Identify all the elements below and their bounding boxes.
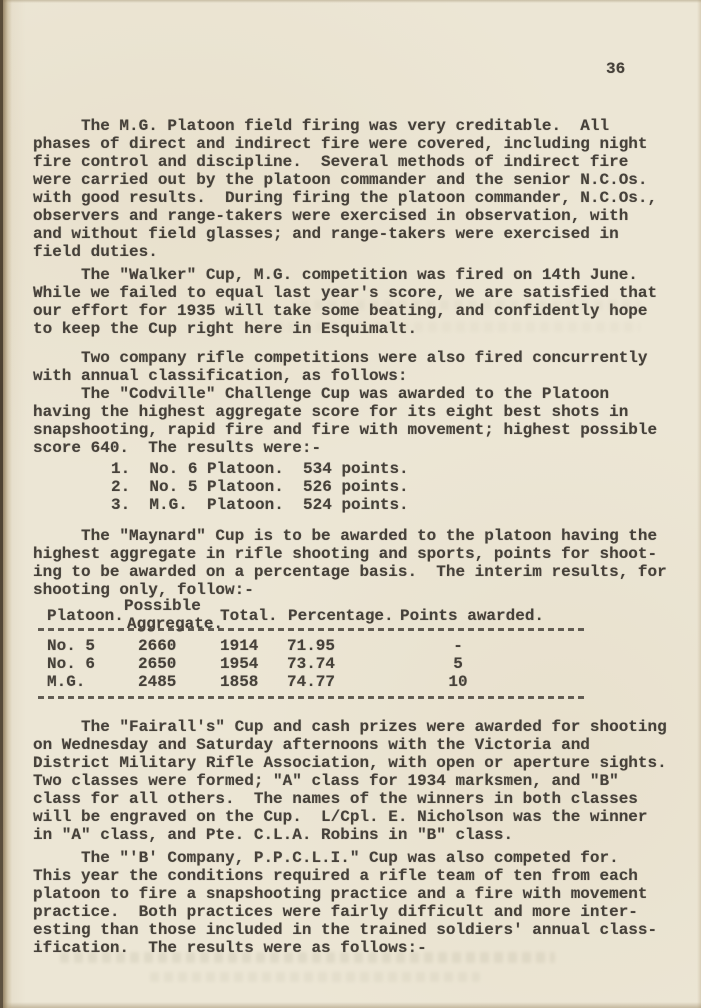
table-header-total: Total. [220, 607, 278, 625]
table-row-no6: No. 6 2650 1954 73.74 5 [0, 655, 660, 673]
cell-percentage: 74.77 [287, 673, 335, 691]
page-right-edge [697, 0, 701, 1008]
codville-result-item-3: 3. M.G. Platoon. 524 points. [111, 496, 409, 514]
paragraph-maynard-cup: The "Maynard" Cup is to be awarded to th… [33, 527, 667, 599]
table-header-points-awarded: Points awarded. [400, 607, 544, 625]
paragraph-company-competitions-codville: Two company rifle competitions were also… [33, 349, 657, 457]
ink-bleed-through-artifact [260, 322, 640, 332]
page-bottom-edge [0, 1002, 701, 1008]
page-binding-edge [0, 0, 3, 1008]
paragraph-b-company-ppcli-cup: The "'B' Company, P.P.C.L.I." Cup was al… [33, 849, 657, 957]
scanned-document-page: 36 The M.G. Platoon field firing was ver… [0, 0, 701, 1008]
table-header-possible: Possible [124, 597, 201, 615]
ink-bleed-through-artifact [60, 952, 555, 963]
codville-result-item-1: 1. No. 6 Platoon. 534 points. [111, 460, 409, 478]
table-divider-dashed-bottom [38, 696, 588, 699]
codville-result-item-2: 2. No. 5 Platoon. 526 points. [111, 478, 409, 496]
page-binding-shadow [3, 0, 12, 1008]
cell-points-awarded: - [428, 637, 488, 655]
ink-bleed-through-artifact [300, 300, 640, 310]
page-number: 36 [606, 60, 625, 78]
cell-possible-aggregate: 2650 [138, 655, 176, 673]
cell-platoon: No. 5 [47, 637, 95, 655]
table-row-no5: No. 5 2660 1914 71.95 - [0, 637, 660, 655]
table-row-mg: M.G. 2485 1858 74.77 10 [0, 673, 660, 691]
table-divider-dashed-top [38, 628, 588, 631]
ink-bleed-through-artifact [150, 972, 480, 982]
cell-percentage: 73.74 [287, 655, 335, 673]
cell-platoon: M.G. [47, 673, 85, 691]
cell-possible-aggregate: 2660 [138, 637, 176, 655]
cell-platoon: No. 6 [47, 655, 95, 673]
cell-total: 1858 [220, 673, 258, 691]
cell-possible-aggregate: 2485 [138, 673, 176, 691]
cell-percentage: 71.95 [287, 637, 335, 655]
cell-points-awarded: 10 [428, 673, 488, 691]
cell-total: 1954 [220, 655, 258, 673]
cell-points-awarded: 5 [428, 655, 488, 673]
maynard-results-table: Possible Platoon. Aggregate. Total. Perc… [0, 595, 660, 707]
paragraph-fairalls-cup: The "Fairall's" Cup and cash prizes were… [33, 718, 667, 844]
cell-total: 1914 [220, 637, 258, 655]
codville-results-list: 1. No. 6 Platoon. 534 points. 2. No. 5 P… [111, 460, 409, 514]
table-header-platoon: Platoon. [47, 607, 124, 625]
page-top-edge [0, 0, 701, 3]
paragraph-mg-platoon-field-firing: The M.G. Platoon field firing was very c… [33, 117, 657, 261]
table-header-percentage: Percentage. [288, 607, 394, 625]
